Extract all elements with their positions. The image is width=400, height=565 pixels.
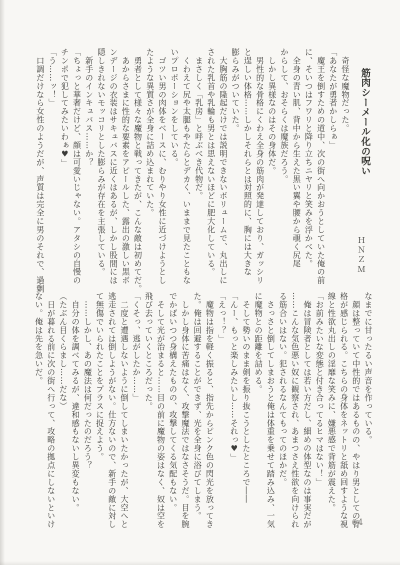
text-column: そして勢いのまま剣を振り抜こうとしたところで――: [240, 292, 252, 526]
text-column: 「ちょっと華奢だけど、顔は可愛いじゃない。アタシの自慢の: [70, 48, 82, 282]
text-column: された乳首や乳輪も男とは思えないほどに肥大化している。: [205, 48, 217, 282]
text-column: 膨らみがついていた。: [229, 48, 241, 282]
text-column: に、そいつはフワリと降り立ちニヤリと笑みを浮かべた。: [302, 48, 314, 282]
text-column: 「お前みたいな変態と付き合ってるヒマはない！」: [313, 292, 325, 526]
text-column: 顔は整っていて中性的ではあるものの、やはり男としての骨: [350, 292, 362, 526]
page-edge-shadow: [0, 0, 5, 565]
text-column: でかばいつつ身構えたものの、攻撃してくる気配もない。: [167, 292, 179, 526]
text-column: 隠しきれないモッコリとした膨らみが存在を主張している。: [95, 48, 107, 282]
text-column: くわえて尻や太腿もやたらとデカく、いままで見たこともな: [180, 48, 192, 282]
text-column: 勇者として様々な魔物と戦ってきたが、こんな敵は初めてだ。: [131, 48, 143, 282]
text-column: 男性的な骨格にくわえ全身の筋肉が発達しており、ガッシリ: [253, 48, 265, 282]
text-column: 飛び去っていくところだった。: [142, 292, 154, 526]
text-column: しかし異様なのはその身体だ。: [266, 48, 278, 282]
text-column: からして、おそらくは魔族だろう。: [278, 48, 290, 282]
text-column: に魔物との距離を詰める。: [252, 292, 264, 526]
text-column: る筋合いはない。犯されるなんてもってのほかだ。: [276, 292, 288, 526]
text-column: 口調だけなら女性のようだが、声質は完全に男のそれで、過剰: [34, 48, 46, 282]
lower-text-band: なまでに甘ったるい声音を作っている。 顔は整っていて中性的ではあるものの、やはり…: [32, 292, 374, 526]
text-column: 奇怪な魔物だった。: [339, 48, 351, 282]
text-column: 新手のインキュバス……か？: [83, 48, 95, 282]
upper-text-band: 奇怪な魔物だった。「あなたが勇者かしらぁ」 魔王を倒すための道中、次の街へ向かお…: [34, 48, 351, 282]
text-column: 「あなたが勇者かしらぁ」: [327, 48, 339, 282]
page-bottom-shade: [0, 561, 400, 565]
text-column: いプロポーションをしている。: [168, 48, 180, 282]
text-column: 線と性欲丸出しの淫靡な笑みに、嫌悪感で背筋が震えた。: [325, 292, 337, 526]
text-column: さっさと倒してしまおうと俺は体重を乗せて踏み込み、一気: [264, 292, 276, 526]
text-column: たような異質さが全身に詰め込まれていた。: [144, 48, 156, 282]
text-column: 俺は冒険者としては若い方だし、細めの体型なのは事実だが: [301, 292, 313, 526]
text-column: 大胸筋の隆起だけでは説明できないボリュームで、丸出しに: [217, 48, 229, 282]
story-author: ＨＮＺＭ: [356, 236, 367, 274]
text-column: 「くそっ、逃がしたか……」: [130, 292, 142, 526]
text-column: ゴツい男の肉体をベースに、むりやり女性に近づけようとし: [156, 48, 168, 282]
text-column: あからさまに性的な要素をアピールした、露出の激しい黒ボ: [119, 48, 131, 282]
text-column: ……しかし、あの魔法は何だったのだろう？: [81, 292, 93, 526]
novel-page: 筋肉シーメール化の呪い ＨＮＺＭ 奇怪な魔物だった。「あなたが勇者かしらぁ」 魔…: [0, 0, 400, 565]
text-column: ……こんな気色悪い奴に観察され、あまつさえ性欲を向けられ: [289, 292, 301, 526]
text-column: と逞しい体格……しかしそれらとは対照的に、胸には大きな: [241, 48, 253, 282]
text-column: ンデージの衣装はサキュバスに近くはあるが、しかし股間には: [107, 48, 119, 282]
text-column: 「えっ！？」: [215, 292, 227, 526]
text-column: チンポで犯してみたいわぁ♥」: [58, 48, 70, 282]
text-column: 魔物は指を軽く振ると、指先からピンク色の閃光を放ってき: [203, 292, 215, 526]
text-column: 日が暮れる前に次の街へ行って、攻略の拠点にしないといけ: [45, 292, 57, 526]
text-column: 魔王を倒すための道中、次の街へ向かおうとしていた俺の前: [314, 48, 326, 282]
text-column: そして光が治まると……目の前に魔物の姿はなく、奴は空を: [154, 292, 166, 526]
story-title: 筋肉シーメール化の呪い: [357, 68, 371, 176]
text-column: 「う……ッ！」: [46, 48, 58, 282]
text-column: 全身の青い肌、背中から生えた黒い翼や腰から覗く尻尾: [290, 48, 302, 282]
text-column: まさしく「乳房」と呼ぶべき代物だ。: [192, 48, 204, 282]
page-number: 64: [352, 518, 364, 527]
text-column: ない。俺は先を急いだ。: [32, 292, 44, 526]
text-column: て無傷でいられたことをプラスに捉えよう。: [93, 292, 105, 526]
text-column: （たぶん目くらまし……だな）: [57, 292, 69, 526]
text-column: 格が感じられる。こちらの身体をネットリと舐め回すような視: [337, 292, 349, 526]
text-column: 逃走されては倒しようがない。仕方ないので、新手の敵に対し: [106, 292, 118, 526]
text-column: なまでに甘ったるい声音を作っている。: [362, 292, 374, 526]
text-column: しかし身体に苦痛はなく、攻撃魔法ではなさそうだ。目を腕: [179, 292, 191, 526]
text-column: 二度と遭遇しないように倒してしまいたかったが、大空へと: [118, 292, 130, 526]
text-column: た。俺は回避することができず、光を全身に浴びてしまう。: [191, 292, 203, 526]
text-column: 「んー、もっと楽しみたいし……それっ♥」: [228, 292, 240, 526]
text-column: 自分の体を調べてみるが、違和感もないし異変もない。: [69, 292, 81, 526]
